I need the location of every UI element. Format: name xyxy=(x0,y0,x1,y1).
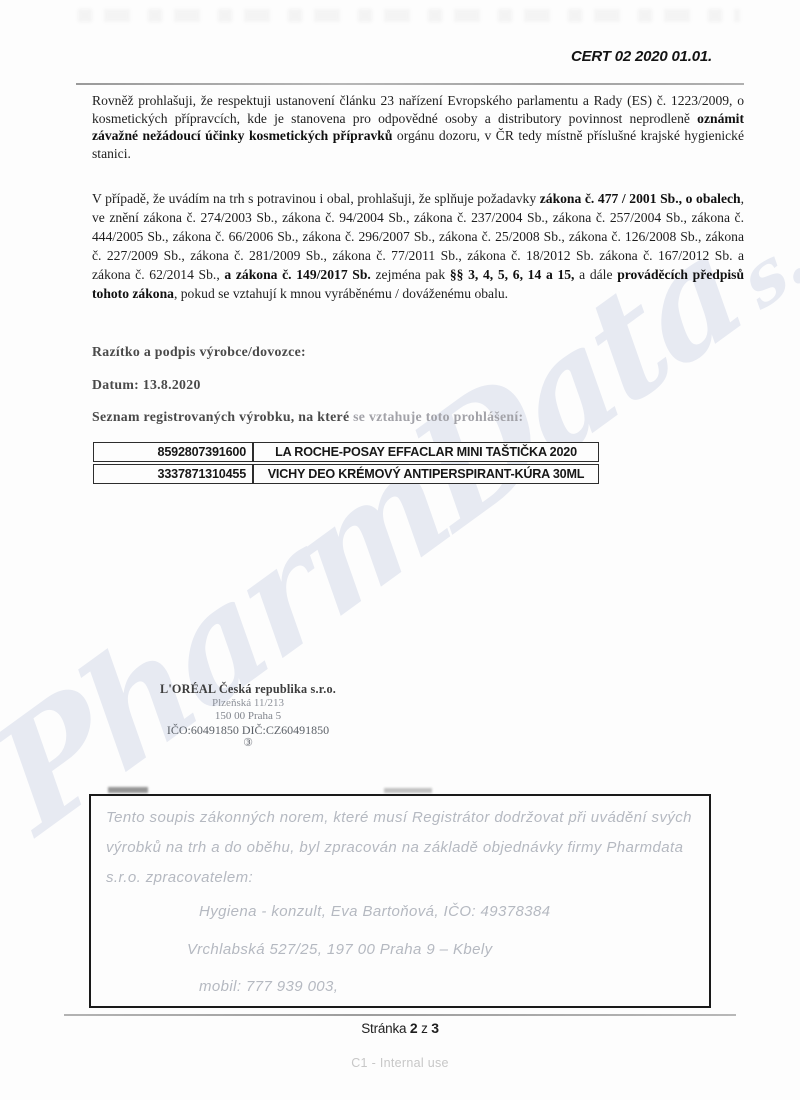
scan-artifact-smudge xyxy=(384,788,432,793)
company-address-city: 150 00 Praha 5 xyxy=(120,710,376,724)
page-word: Stránka xyxy=(361,1021,406,1036)
scan-artifact-smudge xyxy=(108,787,148,793)
contact-company-line: Hygiena - konzult, Eva Bartoňová, IČO: 4… xyxy=(199,893,709,931)
paragraph-text: a dále xyxy=(574,267,617,282)
processor-contact-box: Tento soupis zákonných norem, které musí… xyxy=(89,794,711,1008)
circled-number-mark: ③ xyxy=(120,737,376,751)
footer-divider xyxy=(64,1014,736,1016)
page-total: 3 xyxy=(431,1020,439,1036)
date-label: Datum: 13.8.2020 xyxy=(92,377,201,393)
paragraph-text: zejména pak xyxy=(371,267,450,282)
declaration-paragraph-2: V případě, že uvádím na trh s potravinou… xyxy=(92,190,744,303)
company-address-street: Plzeňská 11/213 xyxy=(120,697,376,711)
stamp-signature-label: Razítko a podpis výrobce/dovozce: xyxy=(92,344,306,360)
label-text-faded: se vztahuje toto prohlášení: xyxy=(349,409,523,424)
page-separator: z xyxy=(421,1021,428,1036)
contact-address-line: Vrchlabská 527/25, 197 00 Praha 9 – Kbel… xyxy=(187,931,709,969)
classification-label: C1 - Internal use xyxy=(0,1056,800,1070)
company-name: L'ORÉAL Česká republika s.r.o. xyxy=(120,683,376,697)
product-barcode: 8592807391600 xyxy=(93,442,253,462)
paragraph-text: V případě, že uvádím na trh s potravinou… xyxy=(92,191,540,206)
page-current: 2 xyxy=(410,1020,418,1036)
registered-products-label: Seznam registrovaných výrobku, na které … xyxy=(92,409,523,425)
scanned-document-page: PharmData s. r. o. CERT 02 2020 01.01. R… xyxy=(0,0,800,1100)
table-row: 8592807391600 LA ROCHE-POSAY EFFACLAR MI… xyxy=(93,442,599,462)
paragraph-text: Rovněž prohlašuji, že respektuji ustanov… xyxy=(92,93,744,126)
scan-artifact-band xyxy=(78,9,740,22)
paragraph-bold-text: a zákona č. 149/2017 Sb. xyxy=(224,267,370,282)
contact-mobile-line: mobil: 777 939 003, xyxy=(199,968,709,1006)
label-text: Seznam registrovaných výrobku, na které xyxy=(92,409,349,424)
paragraph-bold-text: zákona č. 477 / 2001 Sb., o obalech xyxy=(540,191,741,206)
contact-box-intro: Tento soupis zákonných norem, které musí… xyxy=(106,803,696,893)
company-stamp-block: L'ORÉAL Česká republika s.r.o. Plzeňská … xyxy=(120,683,376,751)
product-name: LA ROCHE-POSAY EFFACLAR MINI TAŠTIČKA 20… xyxy=(253,442,599,462)
paragraph-text: , pokud se vztahují k mnou vyráběnému / … xyxy=(174,286,508,301)
declaration-paragraph-1: Rovněž prohlašuji, že respektuji ustanov… xyxy=(92,92,744,162)
contact-email-line: e-mail: hygiena@seznam.cz xyxy=(199,1006,709,1009)
registered-products-table: 8592807391600 LA ROCHE-POSAY EFFACLAR MI… xyxy=(93,440,599,486)
header-divider xyxy=(76,83,744,85)
table-row: 3337871310455 VICHY DEO KRÉMOVÝ ANTIPERS… xyxy=(93,464,599,484)
product-name: VICHY DEO KRÉMOVÝ ANTIPERSPIRANT-KÚRA 30… xyxy=(253,464,599,484)
document-code: CERT 02 2020 01.01. xyxy=(571,48,712,65)
product-barcode: 3337871310455 xyxy=(93,464,253,484)
paragraph-bold-text: §§ 3, 4, 5, 6, 14 a 15, xyxy=(450,267,575,282)
company-registration-ids: IČO:60491850 DIČ:CZ60491850 xyxy=(120,724,376,738)
page-number: Stránka 2 z 3 xyxy=(0,1020,800,1036)
